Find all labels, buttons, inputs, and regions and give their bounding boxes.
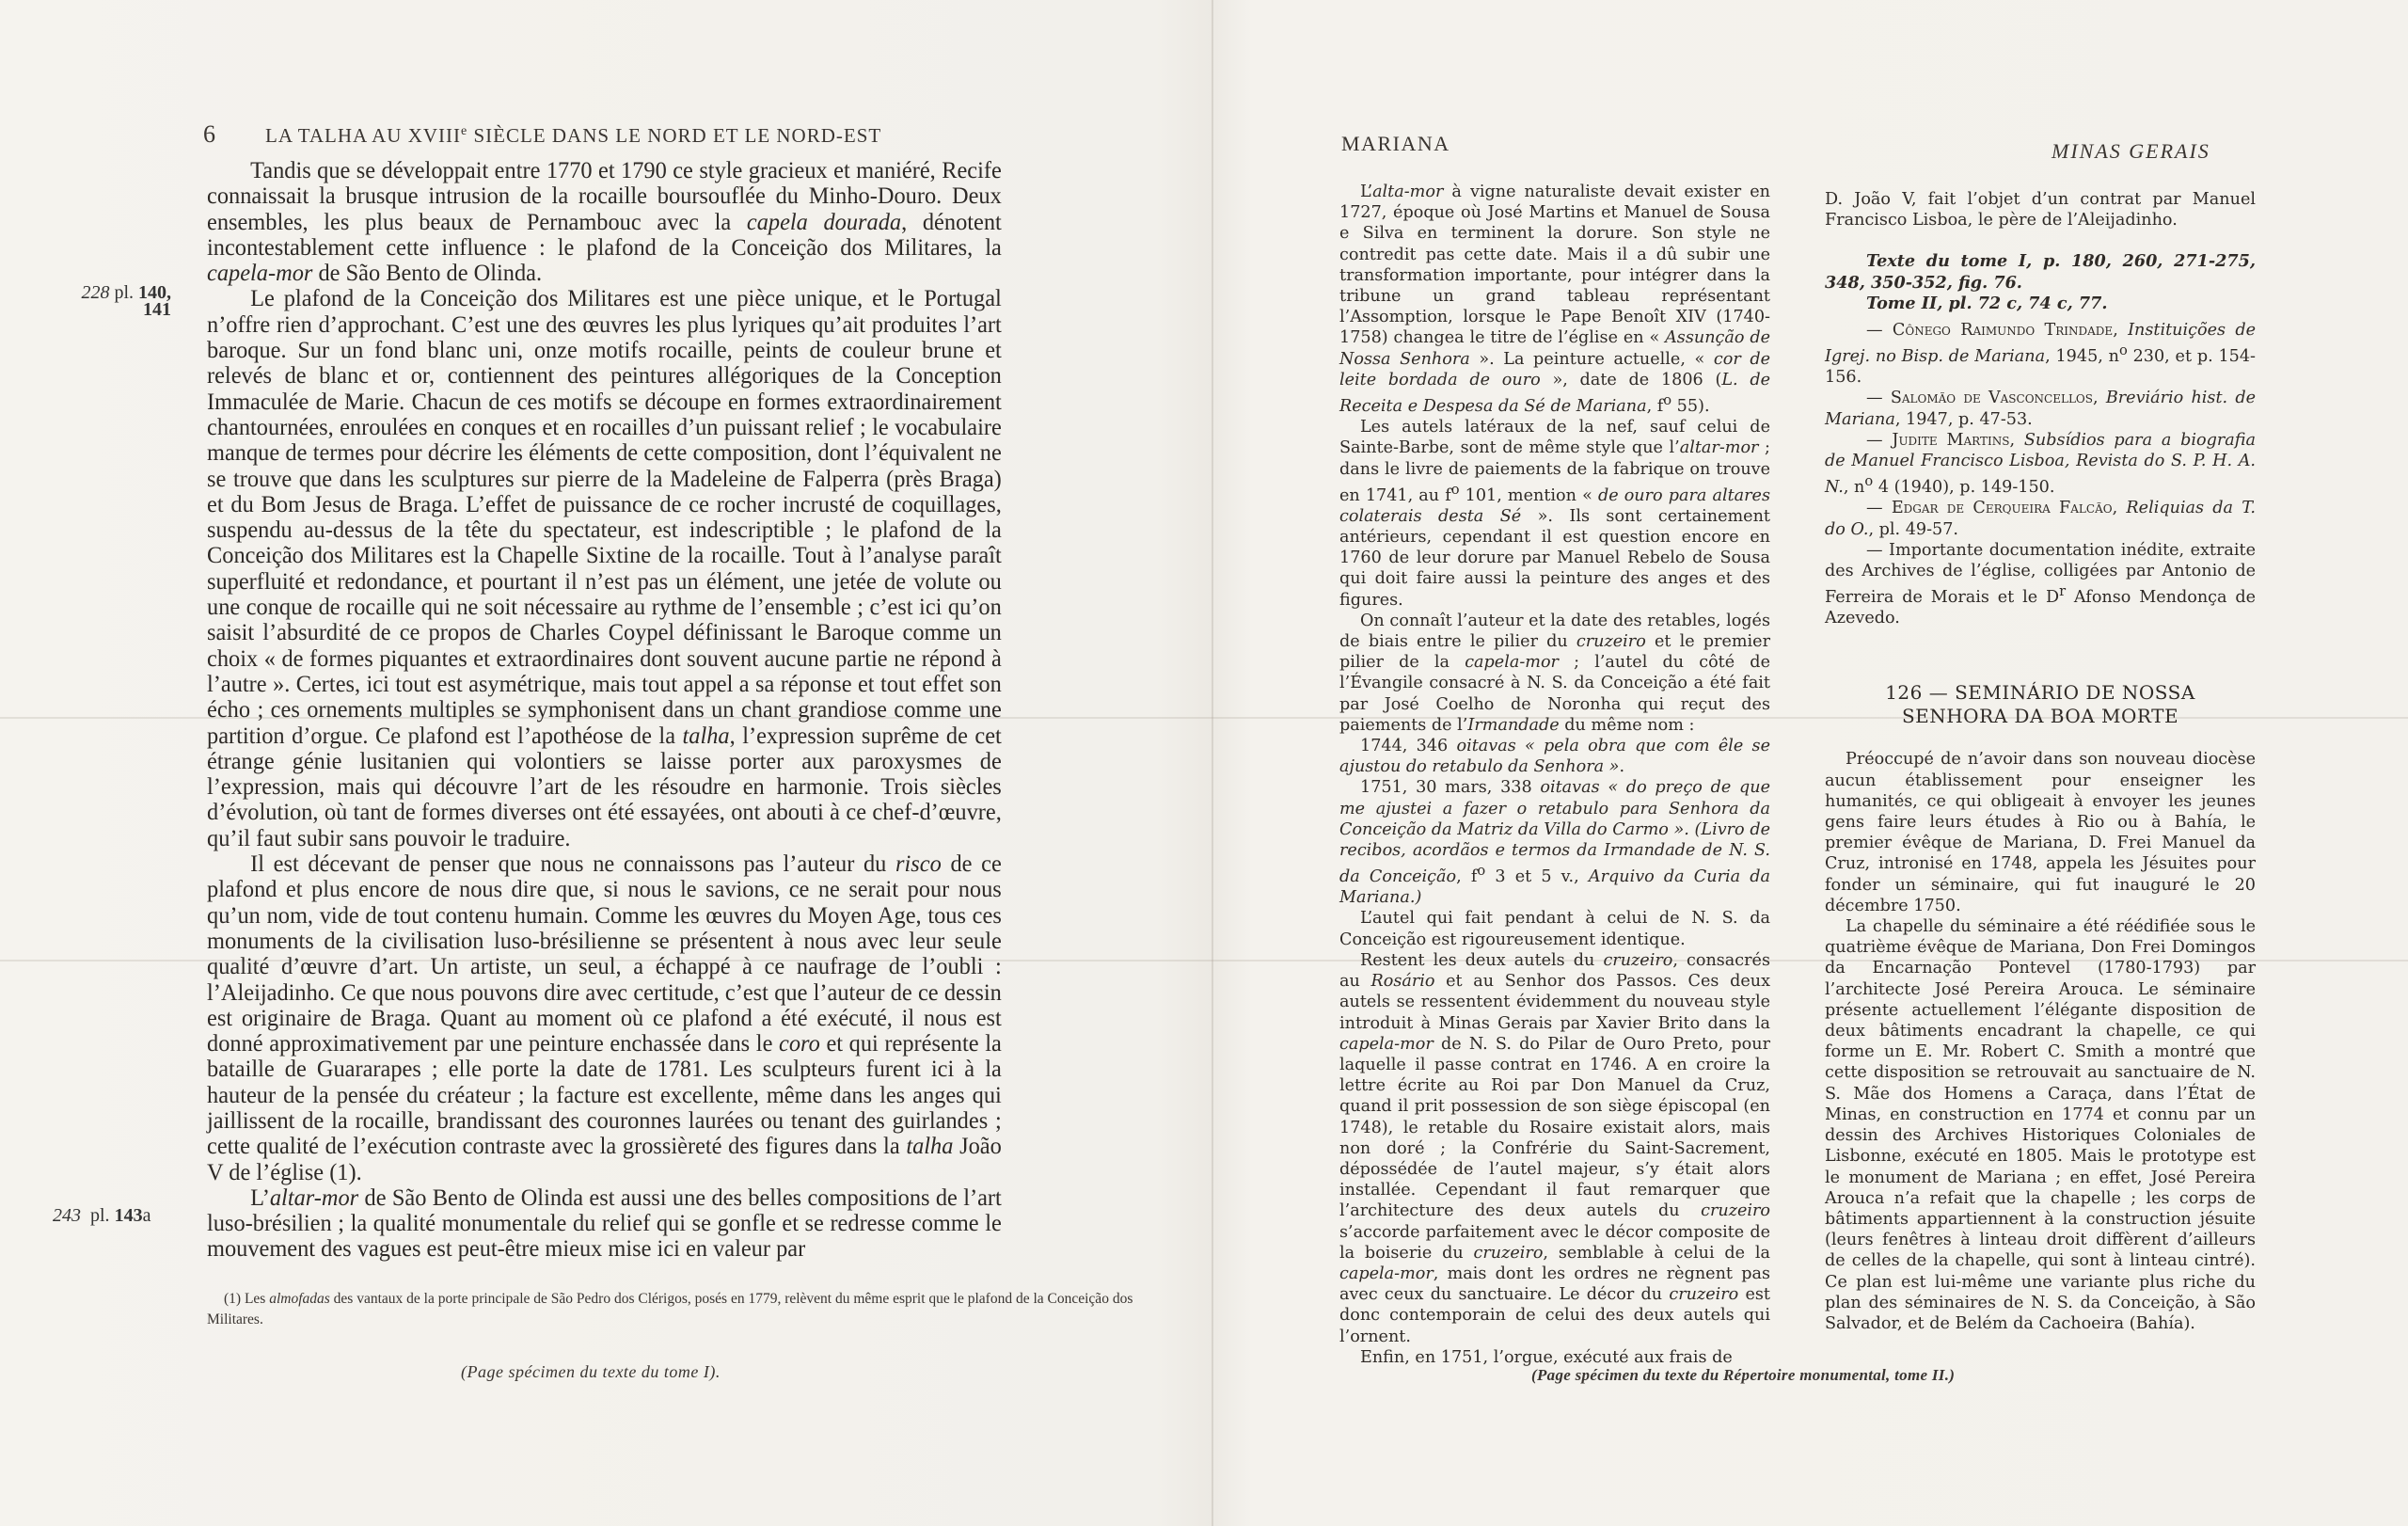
cross-references: Texte du tome I, p. 180, 260, 271-275, 3…	[1825, 251, 2256, 314]
paragraph: Il est décevant de penser que nous ne co…	[207, 851, 1002, 1185]
paragraph: Les autels latéraux de la nef, sauf celu…	[1339, 417, 1770, 611]
paragraph: Préoccupé de n’avoir dans son nouveau di…	[1825, 749, 2256, 916]
bibliography: — Cônego Raimundo Trindade, Instituições…	[1825, 320, 2256, 628]
paragraph: Enfin, en 1751, l’orgue, exécuté aux fra…	[1339, 1347, 1770, 1368]
paragraph: L’autel qui fait pendant à celui de N. S…	[1339, 908, 1770, 949]
paragraph: L’altar-mor de São Bento de Olinda est a…	[207, 1185, 1002, 1263]
paragraph: Restent les deux autels du cruzeiro, con…	[1339, 950, 1770, 1347]
paragraph: 1751, 30 mars, 338 oitavas « do preço de…	[1339, 777, 1770, 908]
paragraph-continuation: D. João V, fait l’objet d’un contrat par…	[1825, 189, 2256, 230]
paragraph: 1744, 346 oitavas « pela obra que com êl…	[1339, 736, 1770, 777]
text-column-right: D. João V, fait l’objet d’un contrat par…	[1825, 189, 2256, 1334]
bibliography-entry: — Salomão de Vasconcellos, Breviário his…	[1825, 388, 2256, 429]
bibliography-entry: — Cônego Raimundo Trindade, Instituições…	[1825, 320, 2256, 388]
page-number: 6	[203, 120, 216, 148]
bibliography-entry: — Edgar de Cerqueira Falcão, Reliquias d…	[1825, 498, 2256, 539]
running-head-title: LA TALHA AU XVIII	[265, 124, 461, 147]
paragraph: La chapelle du séminaire a été réédifiée…	[1825, 916, 2256, 1334]
margin-note-plates: 228 pl. 140, 141	[60, 284, 171, 318]
footnote: (1) Les almofadas des vantaux de la port…	[207, 1289, 1171, 1330]
paragraph: On connaît l’auteur et la date des retab…	[1339, 611, 1770, 736]
bibliography-entry: — Judite Martins, Subsídios para a biogr…	[1825, 430, 2256, 498]
body-text: Tandis que se développait entre 1770 et …	[207, 158, 1002, 1263]
scanned-book-spread: 6LA TALHA AU XVIIIe SIÈCLE DANS LE NORD …	[0, 0, 2408, 1526]
reference: Tome II, pl. 72 c, 74 c, 77.	[1825, 294, 2256, 314]
paragraph: Le plafond de la Conceição dos Militares…	[207, 286, 1002, 851]
paragraph: L’alta-mor à vigne naturaliste devait ex…	[1339, 182, 1770, 417]
margin-note-plates: 243 pl. 143a	[53, 1207, 150, 1224]
page-caption: (Page spécimen du texte du tome I).	[461, 1362, 721, 1382]
paragraph: Tandis que se développait entre 1770 et …	[207, 158, 1002, 286]
right-page: MARIANA MINAS GERAIS L’alta-mor à vigne …	[1213, 0, 2408, 1526]
reference: Texte du tome I, p. 180, 260, 271-275, 3…	[1825, 251, 2256, 293]
section-heading: 126 — SEMINÁRIO DE NOSSA SENHORA DA BOA …	[1825, 681, 2256, 728]
text-column-left: L’alta-mor à vigne naturaliste devait ex…	[1339, 182, 1770, 1368]
running-head: 6LA TALHA AU XVIIIe SIÈCLE DANS LE NORD …	[203, 120, 881, 149]
running-head-right: MINAS GERAIS	[2052, 139, 2210, 164]
page-caption: (Page spécimen du texte du Répertoire mo…	[1531, 1366, 1955, 1385]
bibliography-entry: — Importante documentation inédite, extr…	[1825, 540, 2256, 629]
running-head-left: MARIANA	[1341, 132, 1450, 156]
left-page: 6LA TALHA AU XVIIIe SIÈCLE DANS LE NORD …	[0, 0, 1213, 1526]
